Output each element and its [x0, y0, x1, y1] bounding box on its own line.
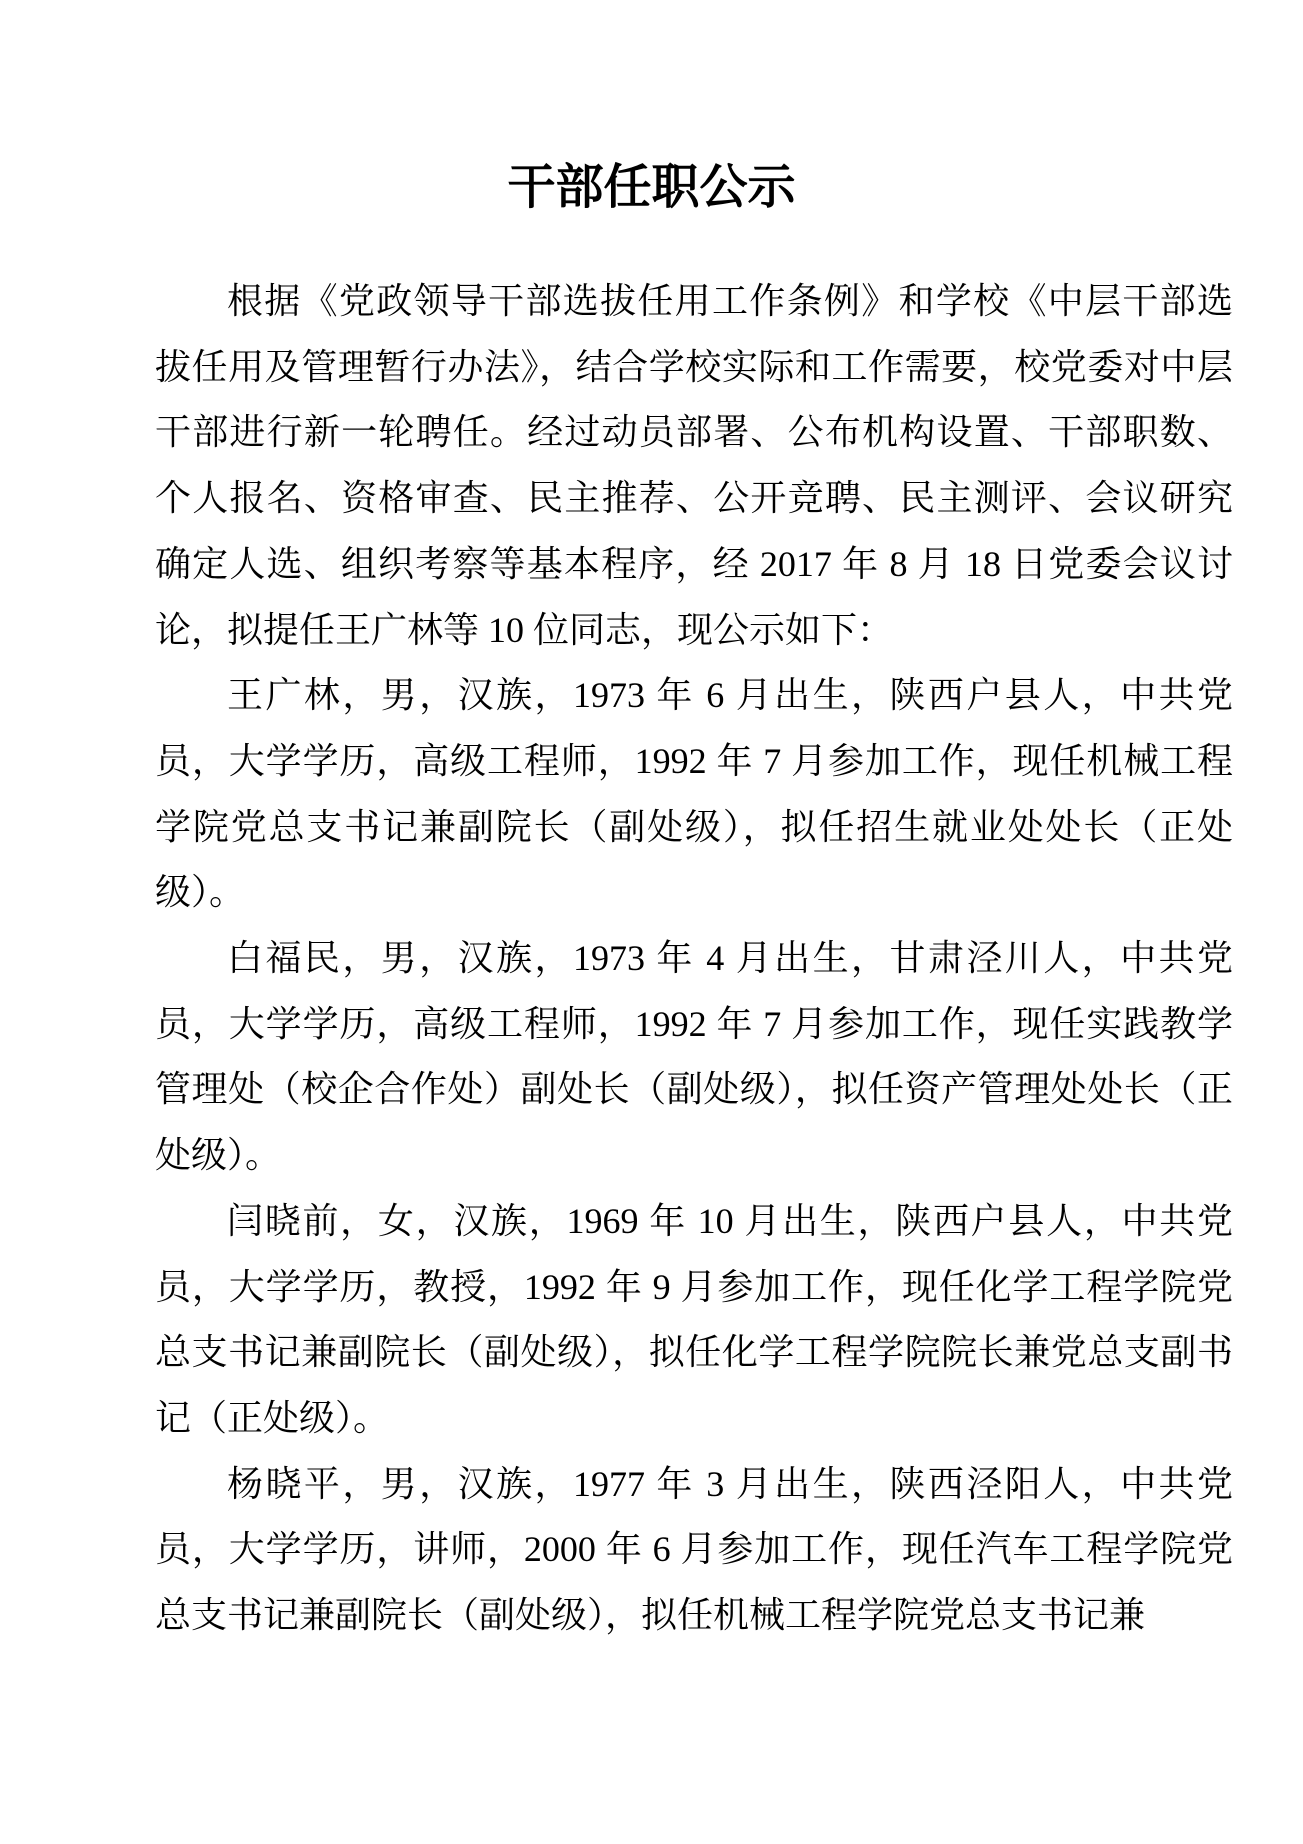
paragraph-bai-fumin: 白福民，男，汉族，1973 年 4 月出生，甘肃泾川人，中共党员，大学学历，高级…: [155, 926, 1233, 1189]
document-body: 根据《党政领导干部选拔任用工作条例》和学校《中层干部选拔任用及管理暂行办法》，结…: [155, 269, 1233, 1649]
document-page: 干部任职公示 根据《党政领导干部选拔任用工作条例》和学校《中层干部选拔任用及管理…: [0, 0, 1303, 1844]
paragraph-yang-xiaoping: 杨晓平，男，汉族，1977 年 3 月出生，陕西泾阳人，中共党员，大学学历，讲师…: [155, 1452, 1233, 1649]
paragraph-yan-xiaoqian: 闫晓前，女，汉族，1969 年 10 月出生，陕西户县人，中共党员，大学学历，教…: [155, 1189, 1233, 1452]
page-title: 干部任职公示: [70, 160, 1233, 216]
paragraph-intro: 根据《党政领导干部选拔任用工作条例》和学校《中层干部选拔任用及管理暂行办法》，结…: [155, 269, 1233, 663]
paragraph-wang-guanglin: 王广林，男，汉族，1973 年 6 月出生，陕西户县人，中共党员，大学学历，高级…: [155, 663, 1233, 926]
